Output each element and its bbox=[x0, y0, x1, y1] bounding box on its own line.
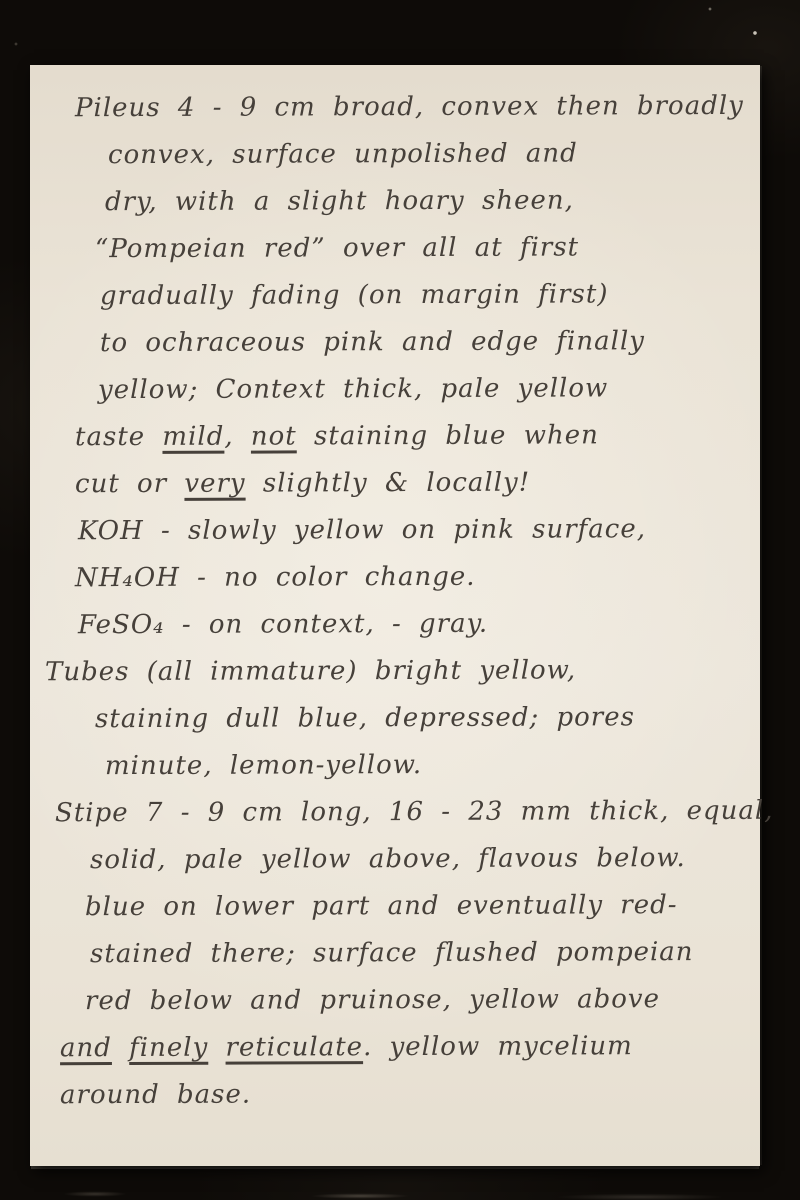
note-line: solid, pale yellow above, flavous below. bbox=[90, 835, 760, 884]
text-segment: cut or bbox=[75, 469, 184, 499]
note-line: Pileus 4 - 9 cm broad, convex then broad… bbox=[75, 83, 760, 132]
photo-background: Pileus 4 - 9 cm broad, convex then broad… bbox=[0, 0, 800, 1200]
underlined-text: finely bbox=[129, 1033, 208, 1063]
note-line: yellow; Context thick, pale yellow bbox=[98, 365, 760, 414]
note-line: FeSO₄ - on context, - gray. bbox=[78, 600, 760, 649]
note-line: “Pompeian red” over all at first bbox=[95, 224, 760, 273]
text-segment: Stipe 7 - 9 cm long, 16 - 23 mm thick, e… bbox=[55, 796, 774, 829]
text-segment: Tubes (all immature) bright yellow, bbox=[45, 655, 576, 687]
text-segment: FeSO₄ - on context, - gray. bbox=[78, 609, 488, 640]
text-segment: , bbox=[224, 422, 251, 452]
text-segment: NH₄OH - no color change. bbox=[75, 562, 476, 593]
text-segment: Pileus 4 - 9 cm broad, convex then broad… bbox=[75, 91, 744, 123]
handwritten-note-card: Pileus 4 - 9 cm broad, convex then broad… bbox=[30, 65, 760, 1166]
text-segment: minute, lemon-yellow. bbox=[105, 750, 422, 781]
text-segment: yellow; Context thick, pale yellow bbox=[98, 373, 608, 405]
text-segment: around base. bbox=[60, 1080, 251, 1111]
note-line: KOH - slowly yellow on pink surface, bbox=[78, 506, 760, 555]
note-line: to ochraceous pink and edge finally bbox=[100, 318, 760, 367]
text-segment: KOH - slowly yellow on pink surface, bbox=[78, 514, 646, 546]
text-segment: red below and pruinose, yellow above bbox=[85, 984, 660, 1016]
note-line: Stipe 7 - 9 cm long, 16 - 23 mm thick, e… bbox=[55, 788, 760, 837]
text-segment: blue on lower part and eventually red- bbox=[85, 890, 678, 922]
note-line: dry, with a slight hoary sheen, bbox=[105, 177, 760, 226]
underlined-text: reticulate bbox=[225, 1032, 363, 1062]
text-segment: . yellow mycelium bbox=[363, 1031, 633, 1062]
underlined-text: and bbox=[60, 1033, 112, 1063]
note-line: staining dull blue, depressed; pores bbox=[95, 694, 760, 743]
text-segment: “Pompeian red” over all at first bbox=[95, 232, 579, 264]
underlined-text: very bbox=[184, 469, 245, 499]
text-segment: taste bbox=[75, 422, 163, 452]
text-segment: staining dull blue, depressed; pores bbox=[95, 702, 635, 734]
underlined-text: not bbox=[251, 421, 297, 451]
note-line: gradually fading (on margin first) bbox=[100, 271, 760, 320]
note-line: NH₄OH - no color change. bbox=[75, 553, 760, 602]
text-segment: stained there; surface flushed pompeian bbox=[90, 937, 694, 969]
underlined-text: mild bbox=[162, 422, 224, 452]
text-segment: dry, with a slight hoary sheen, bbox=[105, 186, 574, 218]
text-segment: convex, surface unpolished and bbox=[108, 138, 578, 170]
text-segment: gradually fading (on margin first) bbox=[100, 279, 609, 311]
note-line: taste mild, not staining blue when bbox=[75, 412, 760, 461]
text-segment: solid, pale yellow above, flavous below. bbox=[90, 843, 686, 875]
text-segment: slightly & locally! bbox=[246, 468, 531, 499]
note-line: cut or very slightly & locally! bbox=[75, 459, 760, 508]
note-line: stained there; surface flushed pompeian bbox=[90, 929, 760, 978]
note-line: Tubes (all immature) bright yellow, bbox=[45, 647, 760, 696]
note-line: blue on lower part and eventually red- bbox=[85, 882, 760, 931]
text-segment: staining blue when bbox=[297, 420, 599, 451]
text-segment: to ochraceous pink and edge finally bbox=[100, 326, 645, 358]
note-line: and finely reticulate. yellow mycelium bbox=[60, 1023, 760, 1072]
note-line: red below and pruinose, yellow above bbox=[85, 976, 760, 1025]
note-line: minute, lemon-yellow. bbox=[105, 741, 760, 790]
note-line: around base. bbox=[60, 1070, 760, 1119]
text-segment bbox=[112, 1033, 129, 1063]
text-segment bbox=[208, 1033, 225, 1063]
note-text: Pileus 4 - 9 cm broad, convex then broad… bbox=[30, 84, 760, 1118]
note-line: convex, surface unpolished and bbox=[108, 130, 760, 179]
